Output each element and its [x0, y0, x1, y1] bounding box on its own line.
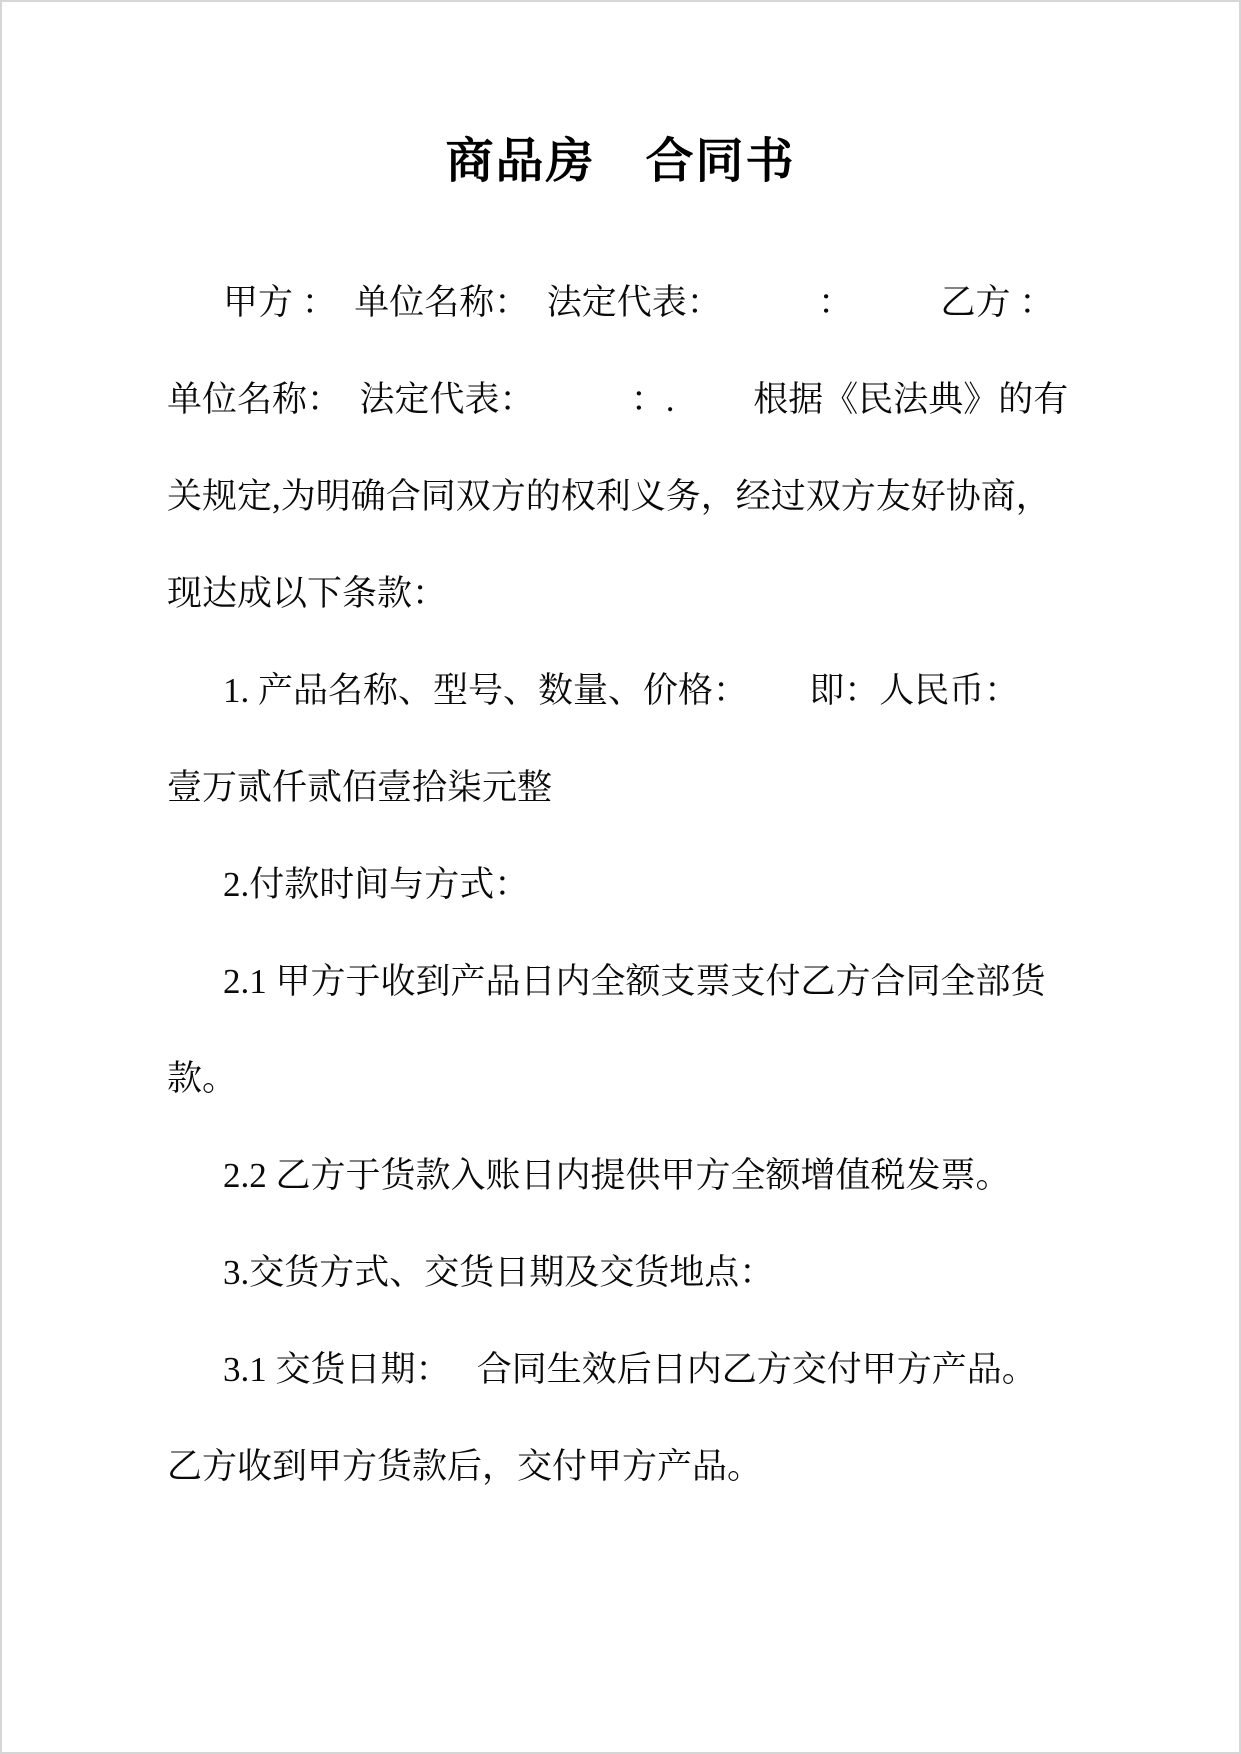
- paragraph: 3.1 交货日期： 合同生效后日内乙方交付甲方产品。乙方收到甲方货款后，交付甲方…: [167, 1321, 1119, 1515]
- document-line: 关规定,为明确合同双方的权利义务，经过双方友好协商，: [167, 448, 1119, 545]
- document-line: 1. 产品名称、型号、数量、价格： 即：人民币：: [167, 642, 1119, 739]
- paragraph: 2.付款时间与方式：: [167, 836, 1119, 933]
- document-line: 单位名称： 法定代表： ：. 根据《民法典》的有: [167, 351, 1119, 448]
- paragraph: 2.1 甲方于收到产品日内全额支票支付乙方合同全部货款。: [167, 933, 1119, 1127]
- paragraph: 甲方 ： 单位名称： 法定代表： ： 乙方 ：单位名称： 法定代表： ：. 根据…: [167, 254, 1119, 642]
- document-line: 2.2 乙方于货款入账日内提供甲方全额增值税发票。: [167, 1127, 1119, 1224]
- document-line: 乙方收到甲方货款后，交付甲方产品。: [167, 1418, 1119, 1515]
- document-page: 商品房 合同书 甲方 ： 单位名称： 法定代表： ： 乙方 ：单位名称： 法定代…: [0, 0, 1241, 1754]
- document-line: 3.交货方式、交货日期及交货地点：: [167, 1224, 1119, 1321]
- document-line: 3.1 交货日期： 合同生效后日内乙方交付甲方产品。: [167, 1321, 1119, 1418]
- document-line: 现达成以下条款：: [167, 545, 1119, 642]
- document-body: 甲方 ： 单位名称： 法定代表： ： 乙方 ：单位名称： 法定代表： ：. 根据…: [167, 254, 1119, 1515]
- document-line: 2.1 甲方于收到产品日内全额支票支付乙方合同全部货: [167, 933, 1119, 1030]
- paragraph: 3.交货方式、交货日期及交货地点：: [167, 1224, 1119, 1321]
- document-line: 款。: [167, 1030, 1119, 1127]
- document-line: 2.付款时间与方式：: [167, 836, 1119, 933]
- paragraph: 2.2 乙方于货款入账日内提供甲方全额增值税发票。: [167, 1127, 1119, 1224]
- paragraph: 1. 产品名称、型号、数量、价格： 即：人民币：壹万贰仟贰佰壹拾柒元整: [167, 642, 1119, 836]
- document-line: 甲方 ： 单位名称： 法定代表： ： 乙方 ：: [167, 254, 1119, 351]
- document-title: 商品房 合同书: [2, 2, 1239, 199]
- document-line: 壹万贰仟贰佰壹拾柒元整: [167, 739, 1119, 836]
